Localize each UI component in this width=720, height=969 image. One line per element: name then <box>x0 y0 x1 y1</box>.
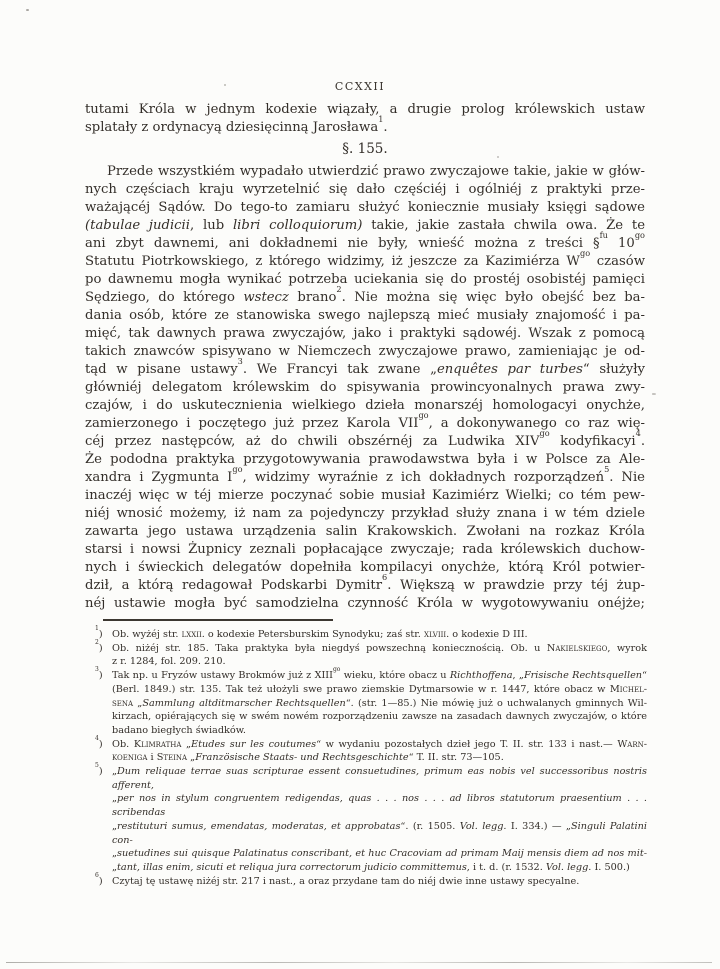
intro-paragraph: tutami Króla w jednym kodexie wiązały, a… <box>85 101 645 137</box>
text-line: „suetudines sui quisque Palatinatus cons… <box>112 847 647 861</box>
text-line: Przede wszystkiém wypadało utwierdzić pr… <box>85 163 645 181</box>
text-line: nych i świeckich delegatów dopełniła kom… <box>85 559 645 577</box>
footnote-text: „Dum reliquae terrae suas scripturae ess… <box>112 765 647 875</box>
text-line: nych częściach kraju wyrzetelnić się dał… <box>85 181 645 199</box>
text-line: Ob. wyżéj str. lxxii. o kodexie Petersbu… <box>112 628 647 642</box>
page-number-roman: CCXXII <box>0 80 720 93</box>
footnote-1: 1) Ob. wyżéj str. lxxii. o kodexie Peter… <box>85 628 647 642</box>
text-line: zawarta jego ustawa urządzenia salin Kra… <box>85 523 645 541</box>
text-line: tąd w pisane ustawy3. We Francyi tak zwa… <box>85 361 645 379</box>
text-line: główniéj delegatom królewskim do spisywa… <box>85 379 645 397</box>
text-line: „tant, illas enim, sicuti et reliqua jur… <box>112 861 647 875</box>
footnote-marker: 3) <box>95 669 103 683</box>
text-line: (tabulae judicii, lub libri colloquiorum… <box>85 217 645 235</box>
footnote-5: 5) „Dum reliquae terrae suas scripturae … <box>85 765 647 875</box>
text-line: mięć, tak dawnych prawa zwyczajów, jako … <box>85 325 645 343</box>
footnote-3: 3) Tak np. u Fryzów ustawy Brokmów już z… <box>85 669 647 738</box>
text-line: ważającéj Sądów. Do tego-to zamiaru służ… <box>85 199 645 217</box>
footnote-marker: 5) <box>95 765 103 779</box>
text-line: (Berl. 1849.) str. 135. Tak też ułożyli … <box>112 683 647 697</box>
text-line: zamierzonego i poczętego już przez Karol… <box>85 415 645 433</box>
text-line: niéj wnosić możemy, iż nam za pojedynczy… <box>85 505 645 523</box>
text-line: czajów, i do uskutecznienia wielkiego dz… <box>85 397 645 415</box>
text-line: dził, a którą redagował Podskarbi Dymitr… <box>85 577 645 595</box>
footnotes-block: 1) Ob. wyżéj str. lxxii. o kodexie Peter… <box>85 628 647 888</box>
footnote-separator-rule <box>103 619 333 621</box>
text-line: Czytaj tę ustawę niżéj str. 217 i nast.,… <box>112 875 647 889</box>
footnote-4: 4) Ob. Klimratha „Etudes sur les coutume… <box>85 738 647 765</box>
text-line: Tak np. u Fryzów ustawy Brokmów już z XI… <box>112 669 647 683</box>
footnote-6: 6) Czytaj tę ustawę niżéj str. 217 i nas… <box>85 875 647 889</box>
text-line: koeniga i Steina „Französische Staats- u… <box>112 751 647 765</box>
text-line: ani zbyt dawnemi, ani dokładnemi nie był… <box>85 235 645 253</box>
text-line: po dawnemu mogła wynikać potrzeba ucieka… <box>85 271 645 289</box>
text-line: „Dum reliquae terrae suas scripturae ess… <box>112 765 647 792</box>
scanned-book-page: CCXXII tutami Króla w jednym kodexie wią… <box>0 0 720 969</box>
text-line: Statutu Piotrkowskiego, z którego widzim… <box>85 253 645 271</box>
footnote-marker: 4) <box>95 738 103 752</box>
text-line: „per nos in stylum congruentem redigenda… <box>112 792 647 819</box>
text-line: kirzach, opiérających się w swém nowém r… <box>112 710 647 724</box>
footnote-text: Ob. Klimratha „Etudes sur les coutumes“ … <box>112 738 647 765</box>
footnote-text: Czytaj tę ustawę niżéj str. 217 i nast.,… <box>112 875 647 889</box>
scan-speck <box>652 393 656 395</box>
footnote-text: Tak np. u Fryzów ustawy Brokmów już z XI… <box>112 669 647 738</box>
scan-speck <box>26 9 29 11</box>
footnote-text: Ob. wyżéj str. lxxii. o kodexie Petersbu… <box>112 628 647 642</box>
text-line: Ob. Klimratha „Etudes sur les coutumes“ … <box>112 738 647 752</box>
footnote-marker: 6) <box>95 875 103 889</box>
text-line: starsi i nowsi Żupnicy zeznali popłacają… <box>85 541 645 559</box>
footnote-text: Ob. niżéj str. 185. Taka praktyka była n… <box>112 642 647 669</box>
text-line: takich znawców spisywano w Niemczech zwy… <box>85 343 645 361</box>
text-line: inaczéj więc w téj mierze poczynać sobie… <box>85 487 645 505</box>
text-line: céj przez następców, aż do chwili obszér… <box>85 433 645 451</box>
scan-artifact-line <box>6 962 712 963</box>
text-line: tutami Króla w jednym kodexie wiązały, a… <box>85 101 645 119</box>
text-line: z r. 1284, fol. 209. 210. <box>112 655 647 669</box>
footnote-marker: 2) <box>95 642 103 656</box>
text-block: tutami Króla w jednym kodexie wiązały, a… <box>85 101 645 888</box>
text-line: Ob. niżéj str. 185. Taka praktyka była n… <box>112 642 647 656</box>
section-heading: §. 155. <box>85 140 645 159</box>
body-paragraph: Przede wszystkiém wypadało utwierdzić pr… <box>85 163 645 613</box>
text-line: splatały z ordynacyą dziesięcinną Jarosł… <box>85 119 645 137</box>
text-line: Sędziego, do którego wstecz brano2. Nie … <box>85 289 645 307</box>
footnote-2: 2) Ob. niżéj str. 185. Taka praktyka był… <box>85 642 647 669</box>
text-line: sena „Sammlung altditmarscher Rechtsquel… <box>112 697 647 711</box>
text-line: badano biegłych świadków. <box>112 724 647 738</box>
text-line: néj ustawie mogła być samodzielna czynno… <box>85 595 645 613</box>
text-line: „restituturi sumus, emendatas, moderatas… <box>112 820 647 847</box>
text-line: Że pododna praktyka przygotowywania praw… <box>85 451 645 469</box>
text-line: xandra i Zygmunta Igo, widzimy wyraźnie … <box>85 469 645 487</box>
text-line: dania osób, które ze stanowiska swego na… <box>85 307 645 325</box>
scan-speck <box>224 84 226 86</box>
scan-speck <box>497 156 499 158</box>
